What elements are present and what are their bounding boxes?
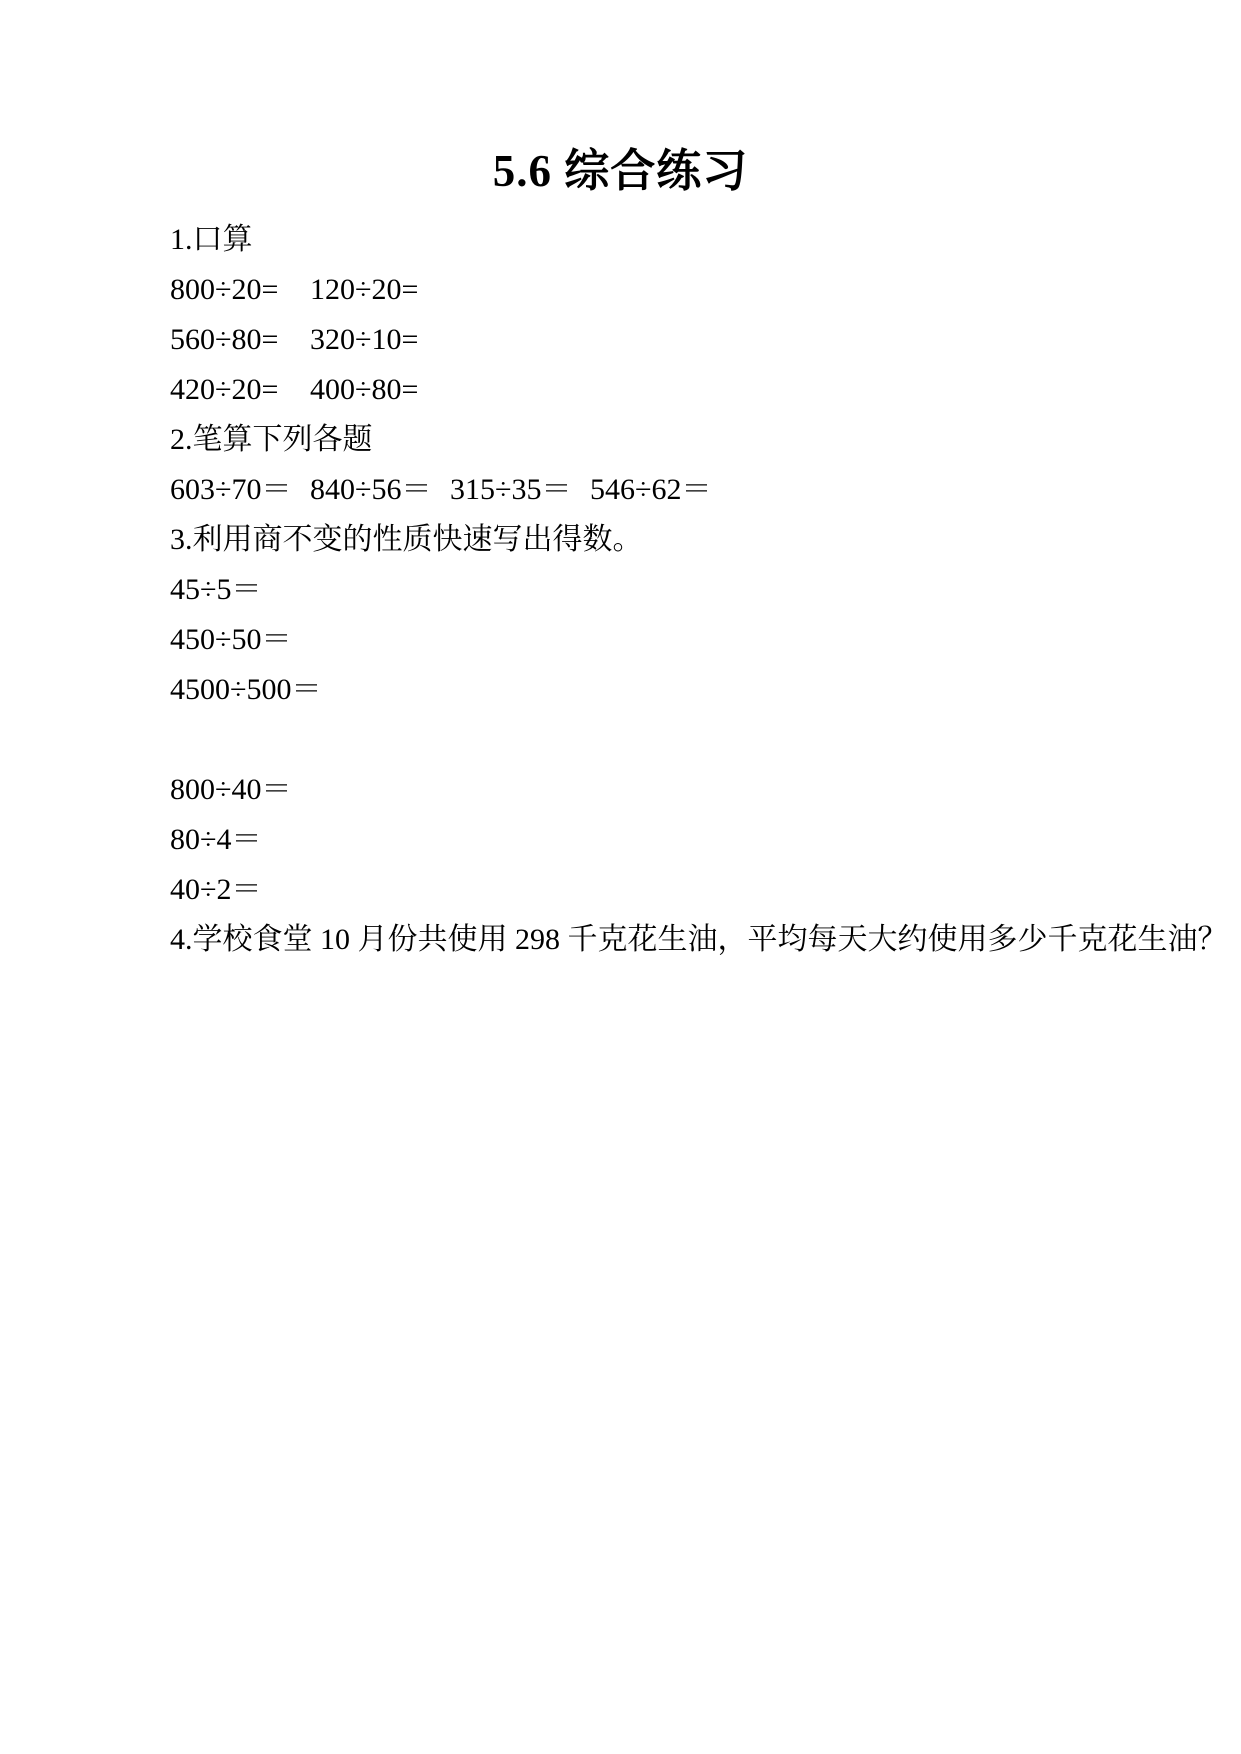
quotient-eq-6: 40÷2＝: [170, 865, 1121, 915]
equation: 546÷62＝: [590, 465, 730, 515]
equation: 320÷10=: [310, 315, 450, 365]
equation: 840÷56＝: [310, 465, 450, 515]
equation: 420÷20=: [170, 365, 310, 415]
written-row: 603÷70＝840÷56＝315÷35＝546÷62＝: [170, 465, 1121, 515]
quotient-eq-4: 800÷40＝: [170, 765, 1121, 815]
worksheet-page: 5.6 综合练习 1.口算 800÷20=120÷20= 560÷80=320÷…: [0, 0, 1241, 1754]
equation: 400÷80=: [310, 365, 450, 415]
equation: 800÷20=: [170, 265, 310, 315]
worksheet-title: 5.6 综合练习: [0, 0, 1241, 200]
quotient-eq-5: 80÷4＝: [170, 815, 1121, 865]
quotient-eq-1: 45÷5＝: [170, 565, 1121, 615]
equation: 603÷70＝: [170, 465, 310, 515]
section-word-problem: 4.学校食堂 10 月份共使用 298 千克花生油，平均每天大约使用多少千克花生…: [170, 915, 1121, 965]
section-written-heading: 2.笔算下列各题: [170, 415, 1121, 465]
oral-row-3: 420÷20=400÷80=: [170, 365, 1121, 415]
equation: 560÷80=: [170, 315, 310, 365]
oral-row-2: 560÷80=320÷10=: [170, 315, 1121, 365]
equation: 315÷35＝: [450, 465, 590, 515]
blank-line: [170, 715, 1121, 765]
quotient-eq-2: 450÷50＝: [170, 615, 1121, 665]
oral-row-1: 800÷20=120÷20=: [170, 265, 1121, 315]
worksheet-body: 1.口算 800÷20=120÷20= 560÷80=320÷10= 420÷2…: [0, 215, 1241, 965]
quotient-eq-3: 4500÷500＝: [170, 665, 1121, 715]
section-quotient-heading: 3.利用商不变的性质快速写出得数。: [170, 515, 1121, 565]
section-oral-heading: 1.口算: [170, 215, 1121, 265]
equation: 120÷20=: [310, 265, 450, 315]
